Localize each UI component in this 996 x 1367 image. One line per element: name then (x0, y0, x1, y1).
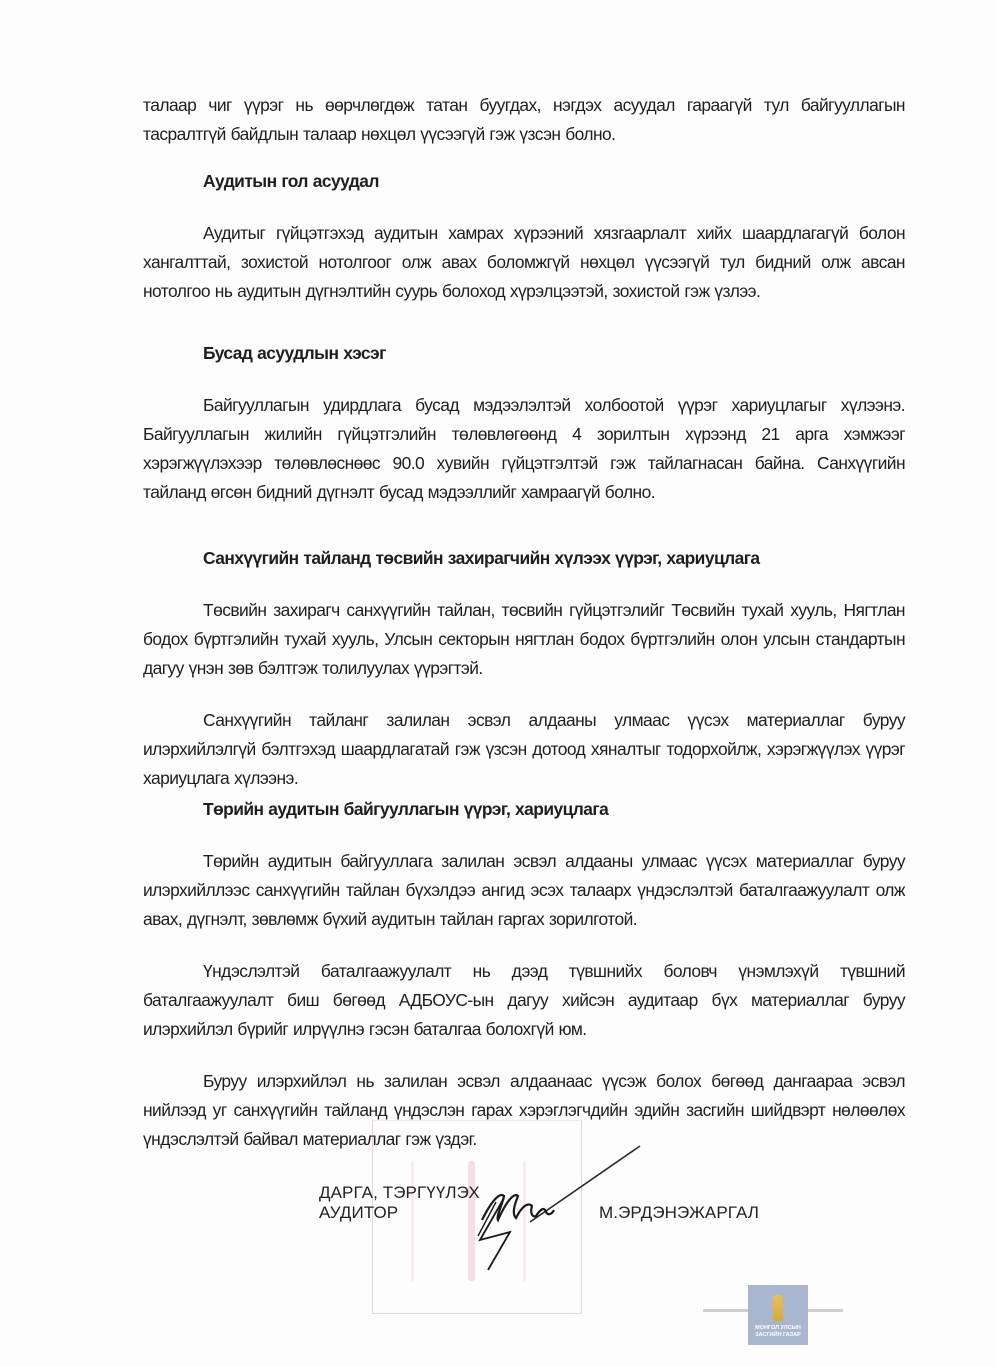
section-heading: Бусад асуудлын хэсэг (143, 339, 905, 368)
section-heading: Аудитын гол асуудал (143, 167, 905, 196)
soyombo-emblem-icon (773, 1295, 783, 1321)
intro-paragraph: талаар чиг үүрэг нь өөрчлөгдөж татан буу… (143, 91, 905, 149)
section-auditor-responsibilities: Төрийн аудитын байгууллагын үүрэг, хариу… (143, 795, 905, 1154)
section-paragraph: Байгууллагын удирдлага бусад мэдээлэлтэй… (143, 391, 905, 507)
logo-text-line2: ЗАСГИЙН ГАЗАР (755, 1332, 801, 1339)
section-paragraph: Аудитыг гүйцэтгэхэд аудитын хамрах хүрээ… (143, 219, 905, 306)
section-paragraph: Төрийн аудитын байгууллага залилан эсвэл… (143, 847, 905, 934)
logo-text-line1: МОНГОЛ УЛСЫН (755, 1325, 801, 1332)
section-paragraph: Үндэслэлтэй баталгаажуулалт нь дээд түвш… (143, 957, 905, 1044)
document-body: талаар чиг үүрэг нь өөрчлөгдөж татан буу… (143, 91, 905, 149)
section-other-matters: Бусад асуудлын хэсэг Байгууллагын удирдл… (143, 339, 905, 507)
section-heading: Төрийн аудитын байгууллагын үүрэг, хариу… (143, 795, 905, 824)
section-paragraph: Санхүүгийн тайланг залилан эсвэл алдааны… (143, 706, 905, 793)
section-heading: Санхүүгийн тайланд төсвийн захирагчийн х… (143, 544, 905, 573)
section-manager-responsibilities: Санхүүгийн тайланд төсвийн захирагчийн х… (143, 544, 905, 793)
section-paragraph: Төсвийн захирагч санхүүгийн тайлан, төсв… (143, 596, 905, 683)
section-key-audit-matters: Аудитын гол асуудал Аудитыг гүйцэтгэхэд … (143, 167, 905, 306)
signatory-name: М.ЭРДЭНЭЖАРГАЛ (599, 1203, 759, 1223)
document-page: талаар чиг үүрэг нь өөрчлөгдөж татан буу… (0, 0, 996, 1367)
government-logo: МОНГОЛ УЛСЫН ЗАСГИЙН ГАЗАР (748, 1285, 808, 1345)
